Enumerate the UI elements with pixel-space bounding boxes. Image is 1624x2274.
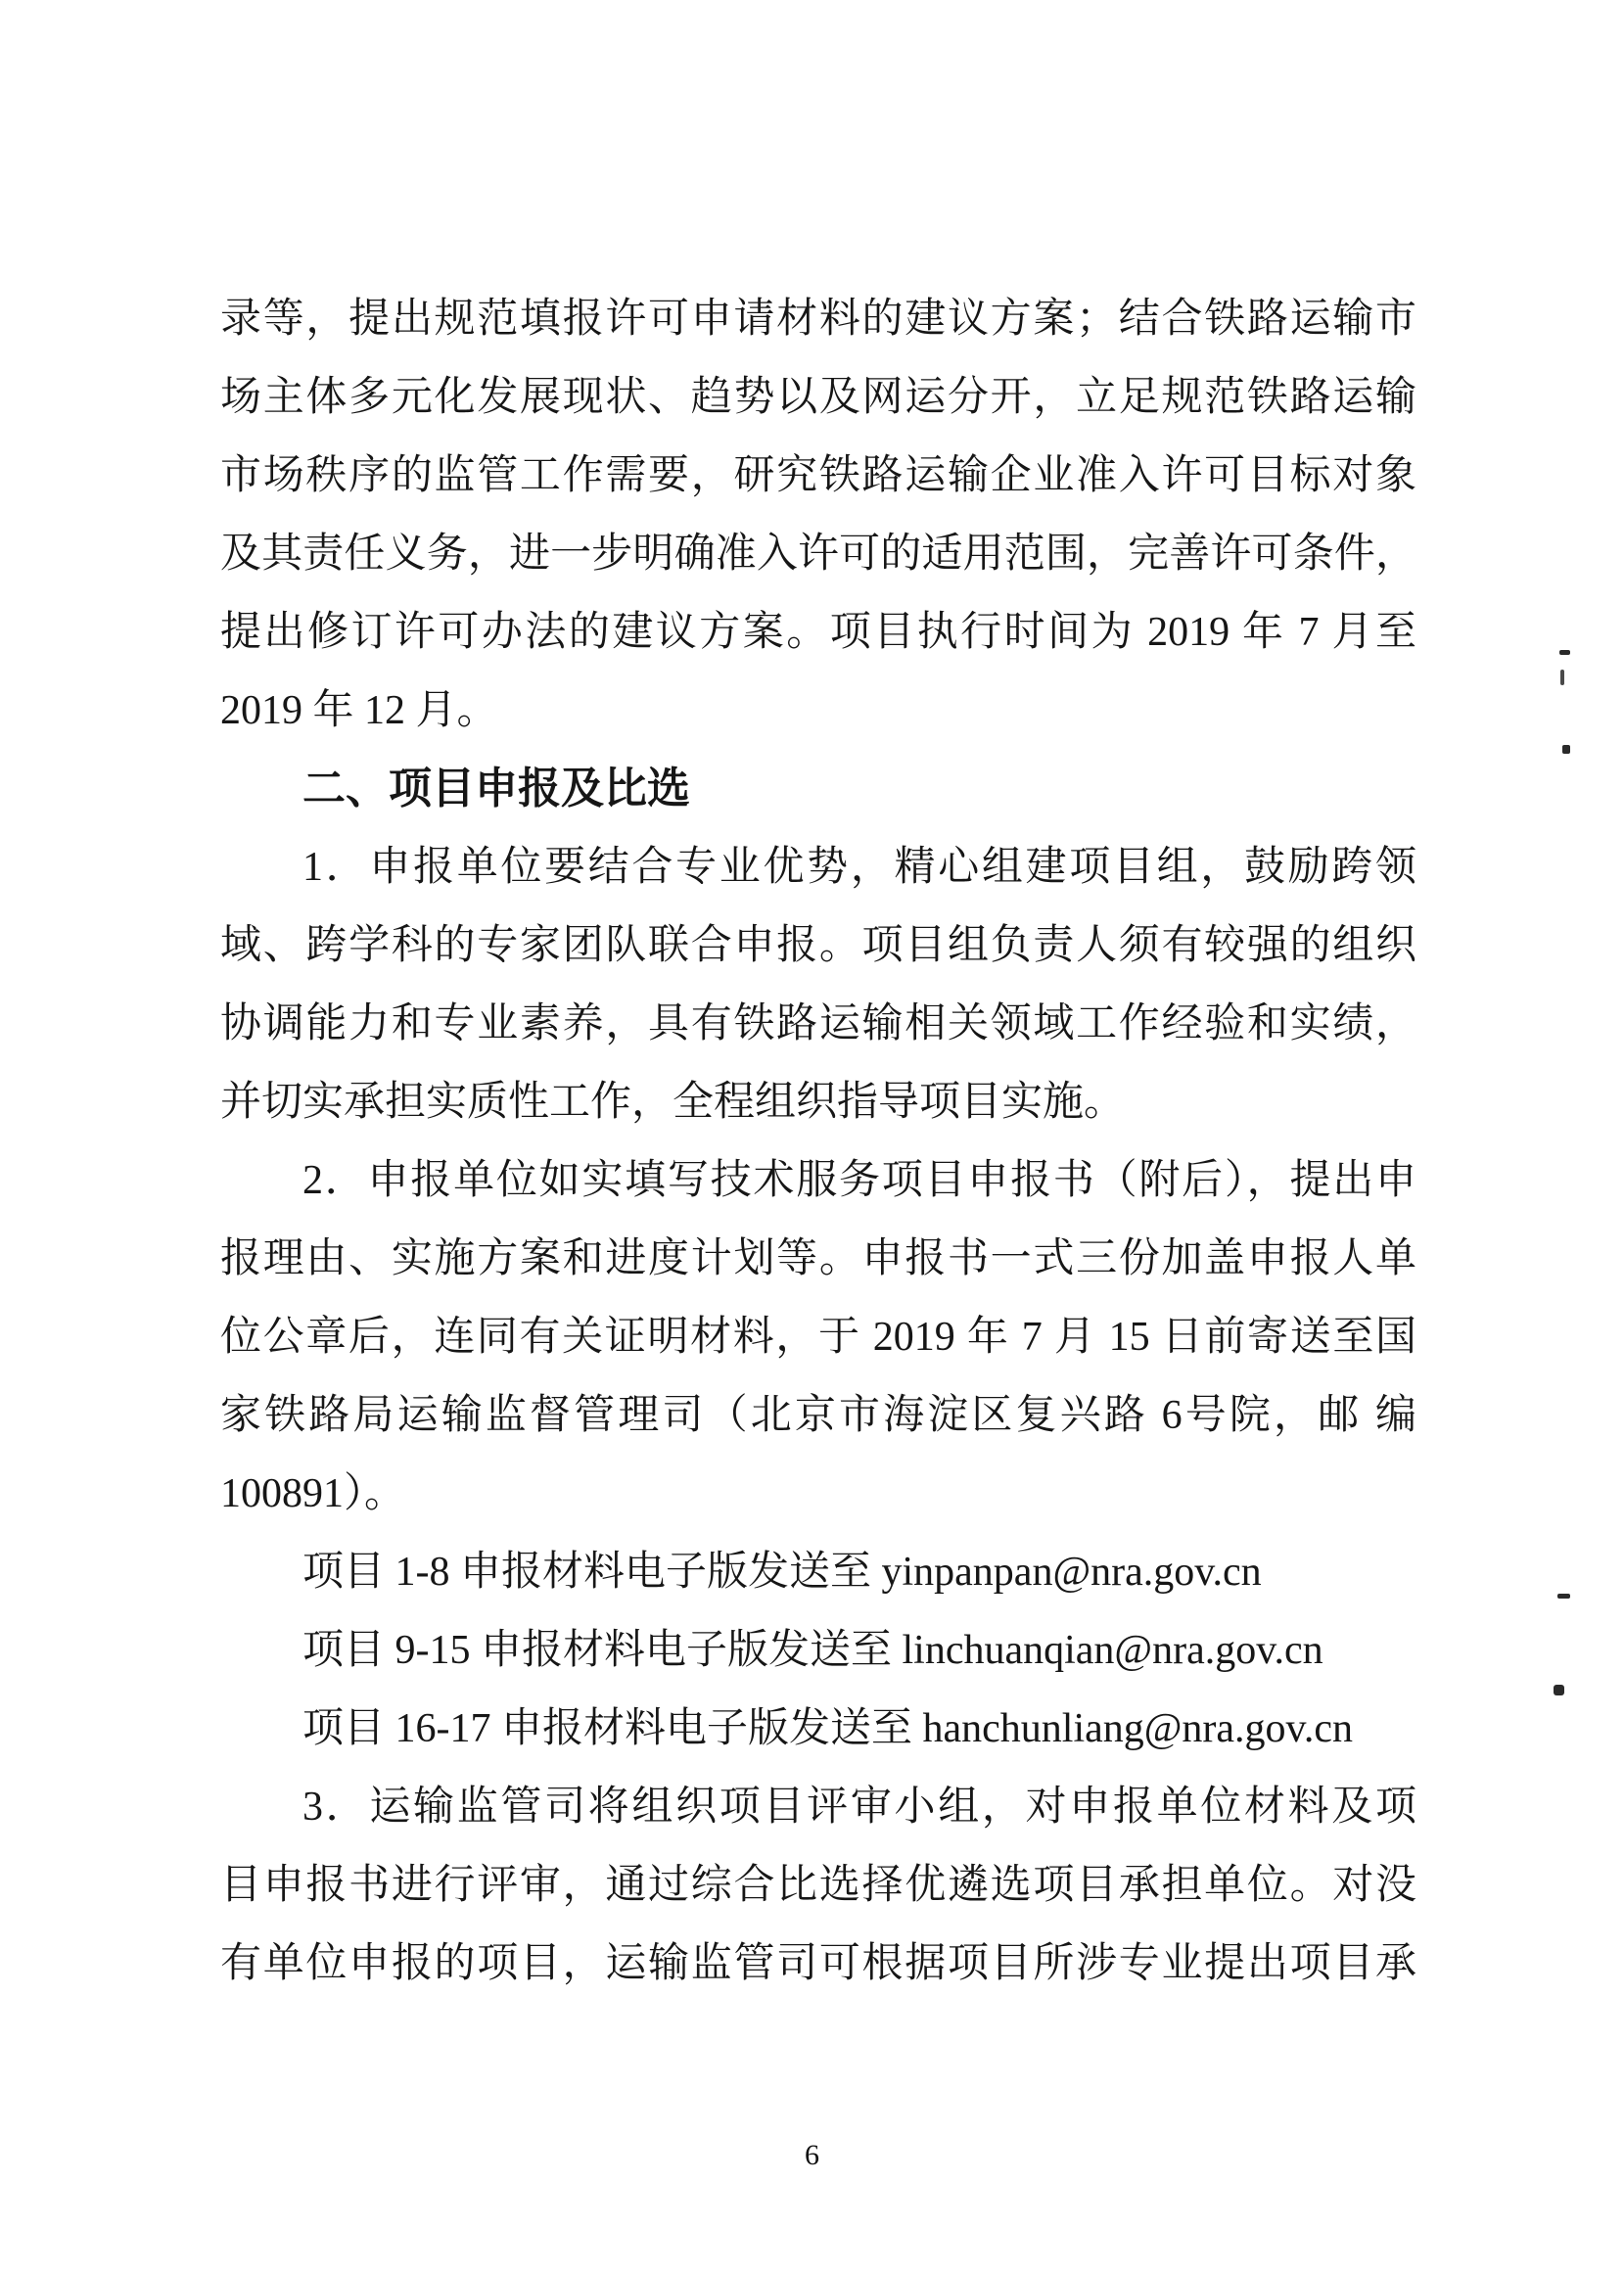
text-line: 100891）。 [220,1455,1416,1533]
document-page: 录等，提出规范填报许可申请材料的建议方案；结合铁路运输市场主体多元化发展现状、趋… [0,0,1624,2274]
text-line: 报理由、实施方案和进度计划等。申报书一式三份加盖申报人单 [220,1220,1416,1298]
text-line: 项目 16-17 申报材料电子版发送至 hanchunliang@nra.gov… [220,1690,1416,1768]
text-block: 录等，提出规范填报许可申请材料的建议方案；结合铁路运输市场主体多元化发展现状、趋… [220,280,1416,2003]
text-line: 2．申报单位如实填写技术服务项目申报书（附后），提出申 [220,1141,1416,1220]
page-number: 6 [0,2139,1624,2172]
text-line: 协调能力和专业素养，具有铁路运输相关领域工作经验和实绩， [220,985,1416,1063]
text-line: 有单位申报的项目，运输监管司可根据项目所涉专业提出项目承 [220,1925,1416,2003]
text-line: 提出修订许可办法的建议方案。项目执行时间为 2019 年 7 月至 [220,593,1416,672]
text-line: 项目 1-8 申报材料电子版发送至 yinpanpan@nra.gov.cn [220,1533,1416,1611]
text-line: 市场秩序的监管工作需要，研究铁路运输企业准入许可目标对象 [220,437,1416,515]
text-line: 家铁路局运输监督管理司（北京市海淀区复兴路 6号院，邮 编 [220,1376,1416,1455]
text-line: 2019 年 12 月。 [220,672,1416,750]
scan-speck [1560,670,1564,685]
text-line: 目申报书进行评审，通过综合比选择优遴选项目承担单位。对没 [220,1846,1416,1925]
text-line: 场主体多元化发展现状、趋势以及网运分开，立足规范铁路运输 [220,358,1416,437]
scan-speck [1557,1594,1570,1599]
text-line: 位公章后，连同有关证明材料，于 2019 年 7 月 15 日前寄送至国 [220,1298,1416,1376]
text-line: 录等，提出规范填报许可申请材料的建议方案；结合铁路运输市 [220,280,1416,358]
scan-speck [1559,650,1570,655]
scan-speck [1562,745,1570,754]
scan-speck [1554,1685,1564,1695]
section-heading: 二、项目申报及比选 [220,750,1416,828]
text-line: 项目 9-15 申报材料电子版发送至 linchuanqian@nra.gov.… [220,1611,1416,1690]
text-line: 及其责任义务，进一步明确准入许可的适用范围，完善许可条件， [220,515,1416,593]
text-line: 1．申报单位要结合专业优势，精心组建项目组，鼓励跨领 [220,828,1416,906]
text-line: 域、跨学科的专家团队联合申报。项目组负责人须有较强的组织 [220,906,1416,985]
text-line: 并切实承担实质性工作，全程组织指导项目实施。 [220,1063,1416,1141]
text-line: 3．运输监管司将组织项目评审小组，对申报单位材料及项 [220,1768,1416,1846]
